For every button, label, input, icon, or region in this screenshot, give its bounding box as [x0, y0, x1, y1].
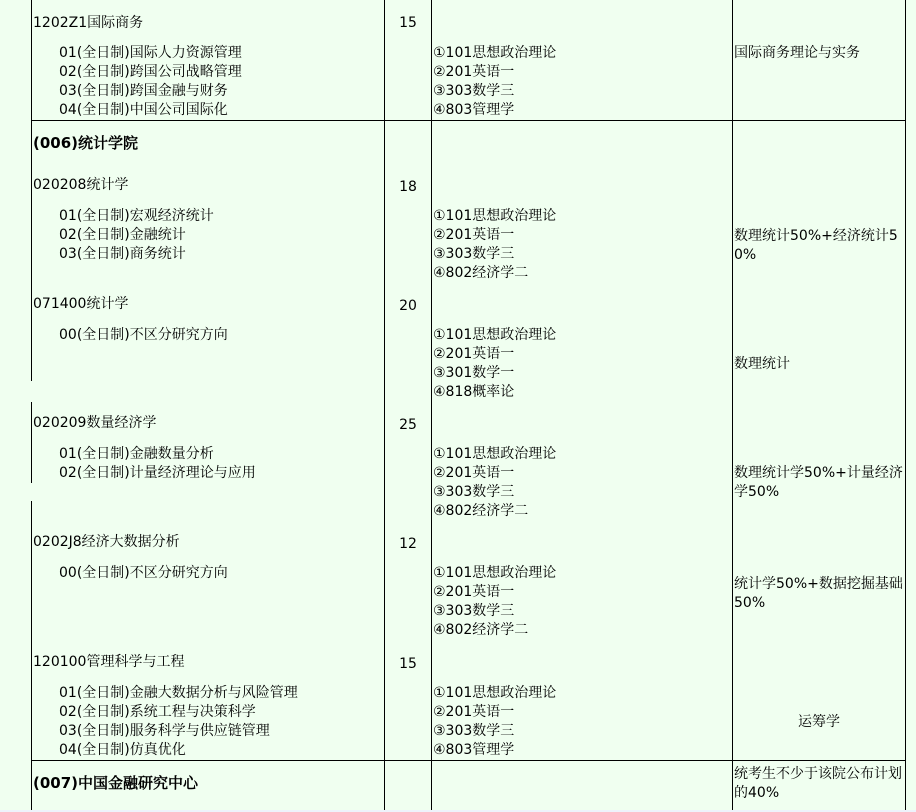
exam-item: ④803管理学 — [433, 101, 556, 120]
exam-item: ③303数学三 — [433, 483, 556, 502]
exam-item: ①101思想政治理论 — [433, 564, 556, 583]
exam-item: ①101思想政治理论 — [433, 684, 556, 703]
exam-item: ④802经济学二 — [433, 264, 556, 283]
program-note: 国际商务理论与实务 — [734, 44, 860, 63]
exam-item: ③303数学三 — [433, 245, 556, 264]
program-name: 020209数量经济学 — [33, 414, 156, 433]
direction-item: 02(全日制)金融统计 — [59, 226, 214, 245]
exam-item: ①101思想政治理论 — [433, 207, 556, 226]
exam-list: ①101思想政治理论 ②201英语一 ③303数学三 ④803管理学 — [433, 44, 556, 120]
program-note: 数理统计学50%+计量经济学50% — [734, 464, 904, 502]
exam-item: ④802经济学二 — [433, 502, 556, 521]
exam-item: ③303数学三 — [433, 602, 556, 621]
program-note: 运筹学 — [733, 713, 905, 732]
exam-list: ①101思想政治理论 ②201英语一 ③301数学一 ④818概率论 — [433, 326, 556, 402]
col-divider-exams — [431, 0, 432, 810]
program-count: 20 — [385, 297, 431, 316]
exam-item: ①101思想政治理论 — [433, 445, 556, 464]
exam-list: ①101思想政治理论 ②201英语一 ③303数学三 ④803管理学 — [433, 684, 556, 760]
program-note: 数理统计 — [734, 355, 790, 374]
col-divider-note — [732, 0, 733, 810]
row-divider-2 — [31, 760, 906, 761]
program-note: 数理统计50%+经济统计50% — [734, 227, 904, 265]
direction-list: 00(全日制)不区分研究方向 — [59, 564, 228, 583]
school-note: 统考生不少于该院公布计划的40% — [734, 765, 904, 803]
direction-item: 02(全日制)跨国公司战略管理 — [59, 63, 242, 82]
exam-item: ④803管理学 — [433, 741, 556, 760]
exam-item: ③303数学三 — [433, 82, 556, 101]
admissions-table: 1202Z1国际商务 15 01(全日制)国际人力资源管理 02(全日制)跨国公… — [0, 0, 916, 810]
exam-item: ②201英语一 — [433, 63, 556, 82]
direction-item: 03(全日制)商务统计 — [59, 245, 214, 264]
direction-item: 04(全日制)仿真优化 — [59, 741, 298, 760]
exam-item: ④818概率论 — [433, 383, 556, 402]
col-divider-right — [905, 0, 906, 810]
direction-list: 01(全日制)国际人力资源管理 02(全日制)跨国公司战略管理 03(全日制)跨… — [59, 44, 242, 120]
direction-item: 00(全日制)不区分研究方向 — [59, 564, 228, 583]
direction-item: 01(全日制)宏观经济统计 — [59, 207, 214, 226]
exam-list: ①101思想政治理论 ②201英语一 ③303数学三 ④802经济学二 — [433, 564, 556, 640]
program-name: 071400统计学 — [33, 295, 128, 314]
exam-item: ②201英语一 — [433, 226, 556, 245]
program-name: 0202J8经济大数据分析 — [33, 533, 180, 552]
col-divider-count — [384, 0, 385, 810]
exam-item: ③303数学三 — [433, 722, 556, 741]
col-divider-left-mid — [31, 402, 32, 483]
exam-list: ①101思想政治理论 ②201英语一 ③303数学三 ④802经济学二 — [433, 207, 556, 283]
program-name: 120100管理科学与工程 — [33, 653, 184, 672]
exam-item: ④802经济学二 — [433, 621, 556, 640]
direction-list: 01(全日制)宏观经济统计 02(全日制)金融统计 03(全日制)商务统计 — [59, 207, 214, 264]
exam-item: ②201英语一 — [433, 703, 556, 722]
exam-item: ②201英语一 — [433, 345, 556, 364]
exam-item: ②201英语一 — [433, 583, 556, 602]
direction-item: 03(全日制)跨国金融与财务 — [59, 82, 242, 101]
direction-item: 00(全日制)不区分研究方向 — [59, 326, 228, 345]
school-heading: (006)统计学院 — [33, 134, 138, 153]
direction-list: 01(全日制)金融大数据分析与风险管理 02(全日制)系统工程与决策科学 03(… — [59, 684, 298, 760]
direction-list: 01(全日制)金融数量分析 02(全日制)计量经济理论与应用 — [59, 445, 256, 483]
direction-item: 01(全日制)金融数量分析 — [59, 445, 256, 464]
col-divider-left-top — [31, 0, 32, 381]
program-note: 统计学50%+数据挖掘基础50% — [734, 575, 904, 613]
exam-list: ①101思想政治理论 ②201英语一 ③303数学三 ④802经济学二 — [433, 445, 556, 521]
program-count: 25 — [385, 416, 431, 435]
program-name: 020208统计学 — [33, 176, 128, 195]
direction-list: 00(全日制)不区分研究方向 — [59, 326, 228, 345]
direction-item: 02(全日制)系统工程与决策科学 — [59, 703, 298, 722]
direction-item: 04(全日制)中国公司国际化 — [59, 101, 242, 120]
program-count: 12 — [385, 535, 431, 554]
exam-item: ②201英语一 — [433, 464, 556, 483]
direction-item: 03(全日制)服务科学与供应链管理 — [59, 722, 298, 741]
program-count: 15 — [385, 14, 431, 33]
program-count: 15 — [385, 655, 431, 674]
exam-item: ①101思想政治理论 — [433, 326, 556, 345]
exam-item: ③301数学一 — [433, 364, 556, 383]
direction-item: 01(全日制)国际人力资源管理 — [59, 44, 242, 63]
row-divider-1 — [31, 120, 906, 121]
school-heading: (007)中国金融研究中心 — [33, 774, 198, 793]
direction-item: 02(全日制)计量经济理论与应用 — [59, 464, 256, 483]
exam-item: ①101思想政治理论 — [433, 44, 556, 63]
program-name: 1202Z1国际商务 — [33, 14, 143, 33]
direction-item: 01(全日制)金融大数据分析与风险管理 — [59, 684, 298, 703]
program-count: 18 — [385, 178, 431, 197]
col-divider-left-bottom — [31, 501, 32, 810]
